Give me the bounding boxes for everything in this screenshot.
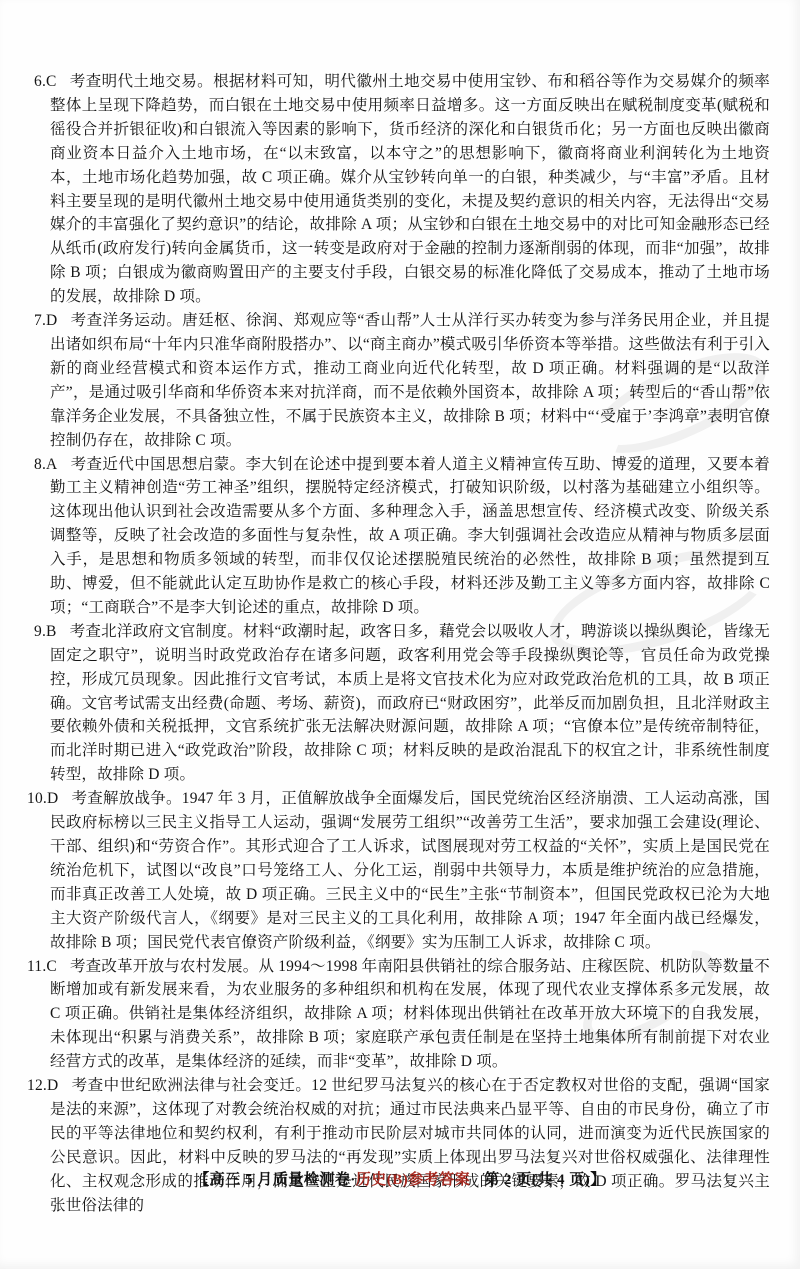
answer-item-11: 11.C考查改革开放与农村发展。从 1994～1998 年南阳县供销社的综合服务… bbox=[50, 955, 770, 1075]
answer-item-6: 6.C考查明代土地交易。根据材料可知，明代徽州土地交易中使用宝钞、布和稻谷等作为… bbox=[50, 70, 770, 309]
answer-item-10: 10.D考查解放战争。1947 年 3 月，正值解放战争全面爆发后，国民党统治区… bbox=[50, 787, 770, 954]
answer-item-7: 7.D考查洋务运动。唐廷枢、徐润、郑观应等“香山帮”人士从洋行买办转变为参与洋务… bbox=[50, 309, 770, 452]
answer-item-label: 9.B bbox=[34, 623, 57, 640]
footer-prefix: 【高三 5 月质量检测卷· bbox=[194, 1172, 356, 1188]
answer-item-label: 7.D bbox=[34, 312, 57, 329]
answer-sheet-page: 6.C考查明代土地交易。根据材料可知，明代徽州土地交易中使用宝钞、布和稻谷等作为… bbox=[0, 0, 800, 1269]
answer-item-label: 11.C bbox=[27, 958, 57, 975]
answer-item-8: 8.A考查近代中国思想启蒙。李大钊在论述中提到要本着人道主义精神宣传互助、博爱的… bbox=[50, 453, 770, 620]
footer-suffix: 】 bbox=[590, 1172, 606, 1188]
answer-item-label: 12.D bbox=[27, 1077, 58, 1094]
answer-item-text: 考查中世纪欧洲法律与社会变迁。12 世纪罗马法复兴的核心在于否定教权对世俗的支配… bbox=[50, 1077, 770, 1214]
answer-item-text: 考查近代中国思想启蒙。李大钊在论述中提到要本着人道主义精神宣传互助、博爱的道理，… bbox=[50, 456, 770, 616]
answer-item-label: 6.C bbox=[34, 73, 57, 90]
page-footer: 【高三 5 月质量检测卷·历史(B)参考答案第 2 页(共 4 页)】 bbox=[0, 1168, 800, 1189]
footer-page-number: 第 2 页(共 4 页) bbox=[484, 1172, 590, 1188]
answer-item-text: 考查改革开放与农村发展。从 1994～1998 年南阳县供销社的综合服务站、庄稼… bbox=[50, 958, 770, 1071]
answer-item-text: 考查洋务运动。唐廷枢、徐润、郑观应等“香山帮”人士从洋行买办转变为参与洋务民用企… bbox=[50, 312, 770, 449]
answer-item-text: 考查北洋政府文官制度。材料“政潮时起，政客日多，藉党会以吸收人才，聘游谈以操纵舆… bbox=[50, 623, 770, 783]
answer-item-12: 12.D考查中世纪欧洲法律与社会变迁。12 世纪罗马法复兴的核心在于否定教权对世… bbox=[50, 1074, 770, 1217]
answer-item-text: 考查解放战争。1947 年 3 月，正值解放战争全面爆发后，国民党统治区经济崩溃… bbox=[50, 790, 770, 950]
answers-content: 6.C考查明代土地交易。根据材料可知，明代徽州土地交易中使用宝钞、布和稻谷等作为… bbox=[50, 70, 770, 1218]
answer-item-label: 8.A bbox=[34, 456, 57, 473]
footer-subject-title: 历史(B)参考答案 bbox=[356, 1172, 471, 1188]
answer-item-text: 考查明代土地交易。根据材料可知，明代徽州土地交易中使用宝钞、布和稻谷等作为交易媒… bbox=[50, 73, 770, 305]
answer-item-9: 9.B考查北洋政府文官制度。材料“政潮时起，政客日多，藉党会以吸收人才，聘游谈以… bbox=[50, 620, 770, 787]
answer-item-label: 10.D bbox=[27, 790, 58, 807]
